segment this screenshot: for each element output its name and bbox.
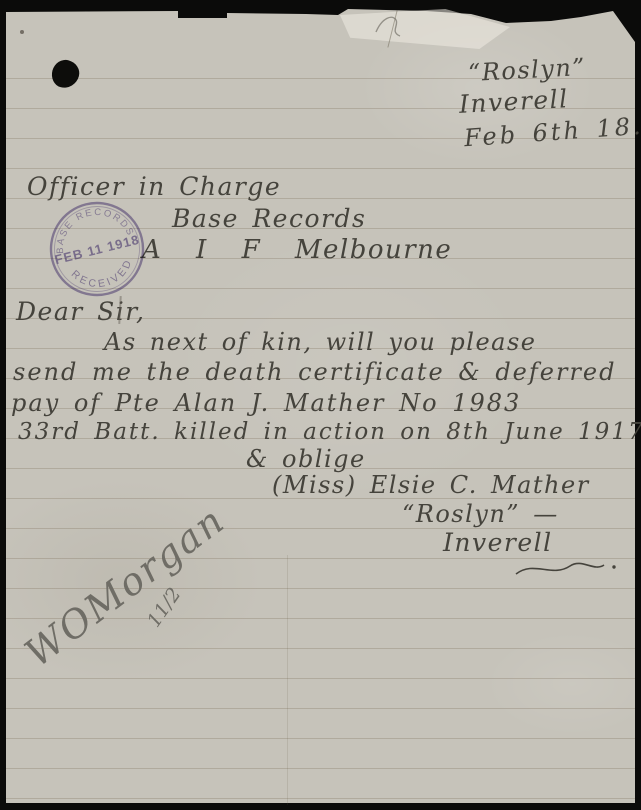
paper-speck	[20, 30, 24, 34]
heading-place: “Roslyn”	[467, 54, 586, 87]
signature-place: “Roslyn” —	[402, 501, 559, 527]
signature-name: (Miss) Elsie C. Mather	[272, 472, 590, 498]
body-line-3: pay of Pte Alan J. Mather No 1983	[11, 390, 521, 416]
salutation: Dear Sir,	[16, 298, 145, 326]
valediction: & oblige	[246, 446, 366, 472]
body-line-2: send me the death certificate & deferred	[13, 359, 616, 385]
body-line-1: As next of kin, will you please	[104, 329, 537, 355]
recipient-line-2: Base Records	[172, 205, 366, 233]
vertical-crease	[287, 555, 288, 805]
recipient-line-3: A I F Melbourne	[142, 236, 452, 265]
pencil-squiggle	[370, 8, 410, 42]
heading-town: Inverell	[458, 85, 569, 118]
signature-flourish	[512, 556, 622, 584]
signature-town: Inverell	[443, 529, 553, 557]
scanned-letter-page: “Roslyn” Inverell Feb 6th 18. Officer in…	[0, 0, 641, 810]
body-line-4: 33rd Batt. killed in action on 8th June …	[18, 420, 641, 445]
